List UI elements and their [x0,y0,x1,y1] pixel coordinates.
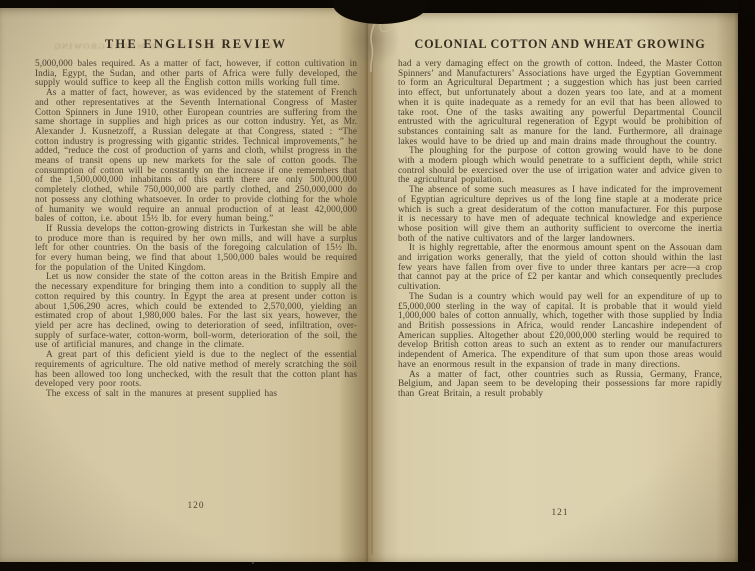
paragraph: had a very damaging effect on the growth… [398,60,722,147]
dust-speck [252,562,254,564]
paragraph: The absence of some such measures as I h… [398,186,722,244]
right-page-number: 121 [398,508,722,518]
paragraph: As a matter of fact, however, as was evi… [35,89,357,225]
paragraph: The Sudan is a country which would pay w… [398,293,722,371]
right-running-header: COLONIAL COTTON AND WHEAT GROWING [398,37,722,52]
paragraph: Let us now consider the state of the cot… [35,273,357,351]
left-running-header: THE ENGLISH REVIEW [35,37,357,52]
paragraph: The excess of salt in the manures at pre… [35,390,357,400]
paragraph: It is highly regrettable, after the enor… [398,244,722,293]
paragraph: A great part of this deficient yield is … [35,351,357,390]
paragraph: The ploughing for the purpose of cotton … [398,147,722,186]
left-page-number: 120 [35,501,357,511]
binding-crease-line [371,55,373,555]
right-page-body-text: had a very damaging effect on the growth… [398,60,722,400]
paragraph: 5,000,000 bales required. As a matter of… [35,60,357,89]
book-spread-photo: COLONIAL COTTON AND WHEAT GROWING THE EN… [0,0,755,571]
book-bottom-edge [0,562,755,571]
left-page-body-text: 5,000,000 bales required. As a matter of… [35,60,357,400]
gutter-shadow [338,8,368,562]
book-right-edge [738,0,755,571]
dust-speck [46,314,48,316]
paragraph: As a matter of fact, other countries suc… [398,371,722,400]
paragraph: If Russia develops the cotton-growing di… [35,225,357,274]
